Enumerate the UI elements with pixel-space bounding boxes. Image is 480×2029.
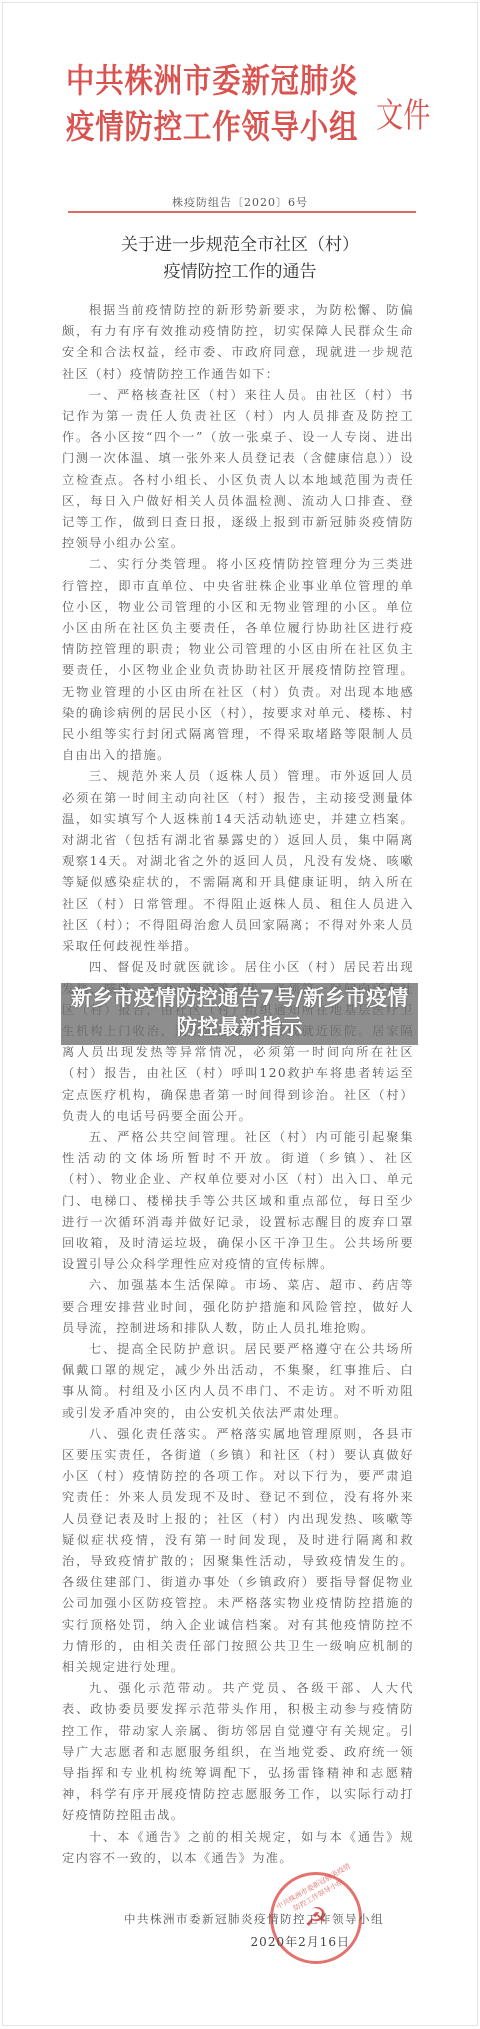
paragraph-8: 八、强化责任落实。严格落实属地管理原则，各县市区要压实责任，各街道（乡镇）和社区… <box>62 1424 414 1678</box>
header-title-line2: 疫情防控工作领导小组 <box>66 104 324 150</box>
document-header-title: 中共株洲市委新冠肺炎 疫情防控工作领导小组 <box>66 58 324 150</box>
paragraph-9: 九、强化示范带动。共产党员、各级干部、人大代表、政协委员要发挥示范带头作用，积极… <box>62 1678 414 1826</box>
paragraph-2: 二、实行分类管理。将小区疫情防控管理分为三类进行管控，即市直单位、中央省驻株企业… <box>62 554 414 766</box>
paragraph-10: 十、本《通告》之前的相关规定，如与本《通告》规定内容不一致的，以本《通告》为准。 <box>62 1827 414 1869</box>
signature-date: 2020年2月16日 <box>0 1933 350 1950</box>
notice-title-line1: 关于进一步规范全市社区（村） <box>0 232 480 259</box>
notice-title-line2: 疫情防控工作的通告 <box>0 259 480 286</box>
paragraph-intro: 根据当前疫情防控的新形势新要求，为防松懈、防偏颇，有力有序有效推动疫情防控，切实… <box>62 300 414 385</box>
header-title-line1: 中共株洲市委新冠肺炎 <box>66 58 324 104</box>
signature-organization: 中共株洲市委新冠肺炎疫情防控工作领导小组 <box>0 1911 384 1927</box>
notice-title: 关于进一步规范全市社区（村） 疫情防控工作的通告 <box>0 232 480 286</box>
document-body-part1: 根据当前疫情防控的新形势新要求，为防松懈、防偏颇，有力有序有效推动疫情防控，切实… <box>62 300 414 1869</box>
paragraph-6: 六、加强基本生活保障。市场、菜店、超市、药店等要合理安排营业时间，强化防护措施和… <box>62 1275 414 1339</box>
paragraph-7: 七、提高全民防护意识。居民要严格遵守在公共场所佩戴口罩的规定，减少外出活动，不集… <box>62 1339 414 1424</box>
red-divider <box>68 211 416 213</box>
paragraph-3: 三、规范外来人员（返株人员）管理。市外返回人员必须在第一时间主动向社区（村）报告… <box>62 766 414 957</box>
paragraph-5: 五、严格公共空间管理。社区（村）内可能引起聚集性活动的文体场所暂时不开放。街道（… <box>62 1127 414 1275</box>
document-header-suffix: 文件 <box>376 88 430 137</box>
paragraph-1: 一、严格核查社区（村）来往人员。由社区（村）书记作为第一责任人负责社区（村）内人… <box>62 385 414 555</box>
document-number: 株疫防组告〔2020〕6号 <box>0 194 480 210</box>
overlay-title: 新乡市疫情防控通告7号/新乡市疫情防控最新指示 <box>61 984 418 1042</box>
